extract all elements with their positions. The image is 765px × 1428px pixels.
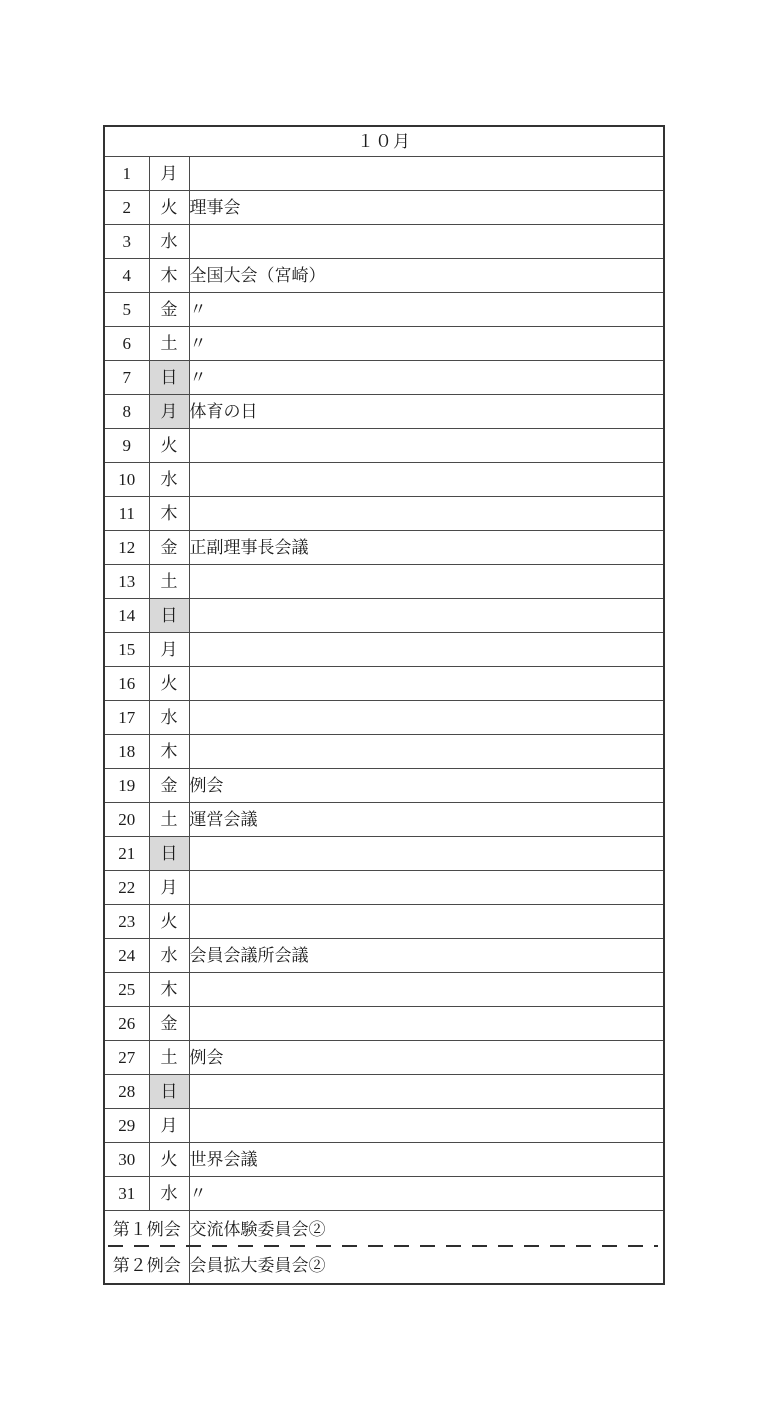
date-cell: 3 [104, 225, 149, 259]
date-cell: 13 [104, 565, 149, 599]
date-cell: 19 [104, 769, 149, 803]
event-cell: 〃 [189, 327, 664, 361]
weekday-cell: 土 [149, 803, 189, 837]
table-row: 24水会員会議所会議 [104, 939, 664, 973]
weekday-cell: 土 [149, 1041, 189, 1075]
table-row: 25木 [104, 973, 664, 1007]
month-header-row: １０月 [104, 126, 664, 157]
date-cell: 9 [104, 429, 149, 463]
date-cell: 31 [104, 1177, 149, 1211]
table-row: 13土 [104, 565, 664, 599]
event-cell: 会員会議所会議 [189, 939, 664, 973]
event-cell [189, 565, 664, 599]
weekday-cell: 火 [149, 1143, 189, 1177]
table-row: 5金〃 [104, 293, 664, 327]
table-row: 3水 [104, 225, 664, 259]
weekday-cell: 土 [149, 327, 189, 361]
event-cell: 体育の日 [189, 395, 664, 429]
date-cell: 1 [104, 157, 149, 191]
weekday-cell: 金 [149, 293, 189, 327]
footer-label-cell: 第２例会 [104, 1247, 189, 1284]
event-cell: 正副理事長会議 [189, 531, 664, 565]
date-cell: 25 [104, 973, 149, 1007]
date-cell: 5 [104, 293, 149, 327]
event-cell: 例会 [189, 1041, 664, 1075]
event-cell: 運営会議 [189, 803, 664, 837]
weekday-cell: 日 [149, 1075, 189, 1109]
weekday-cell: 月 [149, 1109, 189, 1143]
table-row: 1月 [104, 157, 664, 191]
weekday-cell: 火 [149, 429, 189, 463]
weekday-cell: 木 [149, 735, 189, 769]
date-cell: 29 [104, 1109, 149, 1143]
date-cell: 10 [104, 463, 149, 497]
table-row: 11木 [104, 497, 664, 531]
date-cell: 24 [104, 939, 149, 973]
date-cell: 22 [104, 871, 149, 905]
weekday-cell: 水 [149, 1177, 189, 1211]
table-row: 23火 [104, 905, 664, 939]
date-cell: 30 [104, 1143, 149, 1177]
weekday-cell: 土 [149, 565, 189, 599]
table-row: 17水 [104, 701, 664, 735]
footer-event-cell: 会員拡大委員会② [189, 1247, 664, 1284]
event-cell [189, 633, 664, 667]
date-cell: 15 [104, 633, 149, 667]
weekday-cell: 日 [149, 361, 189, 395]
date-cell: 27 [104, 1041, 149, 1075]
event-cell [189, 497, 664, 531]
schedule-table: １０月 1月2火理事会3水4木全国大会（宮崎）5金〃6土〃7日〃8月体育の日9火… [103, 125, 665, 1285]
date-cell: 16 [104, 667, 149, 701]
event-cell [189, 463, 664, 497]
weekday-cell: 木 [149, 973, 189, 1007]
date-cell: 23 [104, 905, 149, 939]
month-title: １０月 [104, 126, 664, 157]
table-row: 30火世界会議 [104, 1143, 664, 1177]
weekday-cell: 水 [149, 939, 189, 973]
table-row: 26金 [104, 1007, 664, 1041]
date-cell: 20 [104, 803, 149, 837]
event-cell: 理事会 [189, 191, 664, 225]
weekday-cell: 金 [149, 531, 189, 565]
table-row: 28日 [104, 1075, 664, 1109]
table-row: 4木全国大会（宮崎） [104, 259, 664, 293]
october-schedule: １０月 1月2火理事会3水4木全国大会（宮崎）5金〃6土〃7日〃8月体育の日9火… [103, 125, 663, 1285]
table-row: 2火理事会 [104, 191, 664, 225]
weekday-cell: 火 [149, 667, 189, 701]
weekday-cell: 水 [149, 463, 189, 497]
event-cell [189, 1109, 664, 1143]
date-cell: 11 [104, 497, 149, 531]
date-cell: 2 [104, 191, 149, 225]
event-cell [189, 905, 664, 939]
event-cell [189, 667, 664, 701]
table-row: 15月 [104, 633, 664, 667]
date-cell: 26 [104, 1007, 149, 1041]
weekday-cell: 日 [149, 837, 189, 871]
weekday-cell: 月 [149, 157, 189, 191]
event-cell: 〃 [189, 361, 664, 395]
date-cell: 12 [104, 531, 149, 565]
weekday-cell: 木 [149, 497, 189, 531]
event-cell [189, 157, 664, 191]
weekday-cell: 水 [149, 701, 189, 735]
table-row: 18木 [104, 735, 664, 769]
event-cell [189, 837, 664, 871]
date-cell: 28 [104, 1075, 149, 1109]
table-row: 29月 [104, 1109, 664, 1143]
weekday-cell: 月 [149, 633, 189, 667]
table-row: 14日 [104, 599, 664, 633]
event-cell [189, 1007, 664, 1041]
event-cell [189, 225, 664, 259]
weekday-cell: 金 [149, 769, 189, 803]
table-row: 7日〃 [104, 361, 664, 395]
table-row: 9火 [104, 429, 664, 463]
table-row: 8月体育の日 [104, 395, 664, 429]
event-cell [189, 1075, 664, 1109]
event-cell [189, 871, 664, 905]
date-cell: 18 [104, 735, 149, 769]
weekday-cell: 日 [149, 599, 189, 633]
event-cell [189, 735, 664, 769]
weekday-cell: 金 [149, 1007, 189, 1041]
weekday-cell: 水 [149, 225, 189, 259]
table-row: 22月 [104, 871, 664, 905]
weekday-cell: 木 [149, 259, 189, 293]
table-row: 19金例会 [104, 769, 664, 803]
date-cell: 7 [104, 361, 149, 395]
table-row: 12金正副理事長会議 [104, 531, 664, 565]
table-row: 16火 [104, 667, 664, 701]
event-cell: 全国大会（宮崎） [189, 259, 664, 293]
table-row: 21日 [104, 837, 664, 871]
table-row: 31水〃 [104, 1177, 664, 1211]
event-cell: 世界会議 [189, 1143, 664, 1177]
event-cell [189, 599, 664, 633]
weekday-cell: 火 [149, 191, 189, 225]
footer-row: 第２例会会員拡大委員会② [104, 1247, 664, 1284]
date-cell: 14 [104, 599, 149, 633]
event-cell: 〃 [189, 1177, 664, 1211]
table-row: 27土例会 [104, 1041, 664, 1075]
event-cell [189, 429, 664, 463]
footer-row: 第１例会交流体験委員会② [104, 1211, 664, 1248]
weekday-cell: 月 [149, 871, 189, 905]
date-cell: 21 [104, 837, 149, 871]
date-cell: 8 [104, 395, 149, 429]
date-cell: 17 [104, 701, 149, 735]
footer-label-cell: 第１例会 [104, 1211, 189, 1248]
event-cell: 〃 [189, 293, 664, 327]
footer-event-cell: 交流体験委員会② [189, 1211, 664, 1248]
date-cell: 6 [104, 327, 149, 361]
table-row: 20土運営会議 [104, 803, 664, 837]
event-cell [189, 973, 664, 1007]
event-cell [189, 701, 664, 735]
event-cell: 例会 [189, 769, 664, 803]
table-row: 6土〃 [104, 327, 664, 361]
weekday-cell: 月 [149, 395, 189, 429]
date-cell: 4 [104, 259, 149, 293]
table-row: 10水 [104, 463, 664, 497]
weekday-cell: 火 [149, 905, 189, 939]
